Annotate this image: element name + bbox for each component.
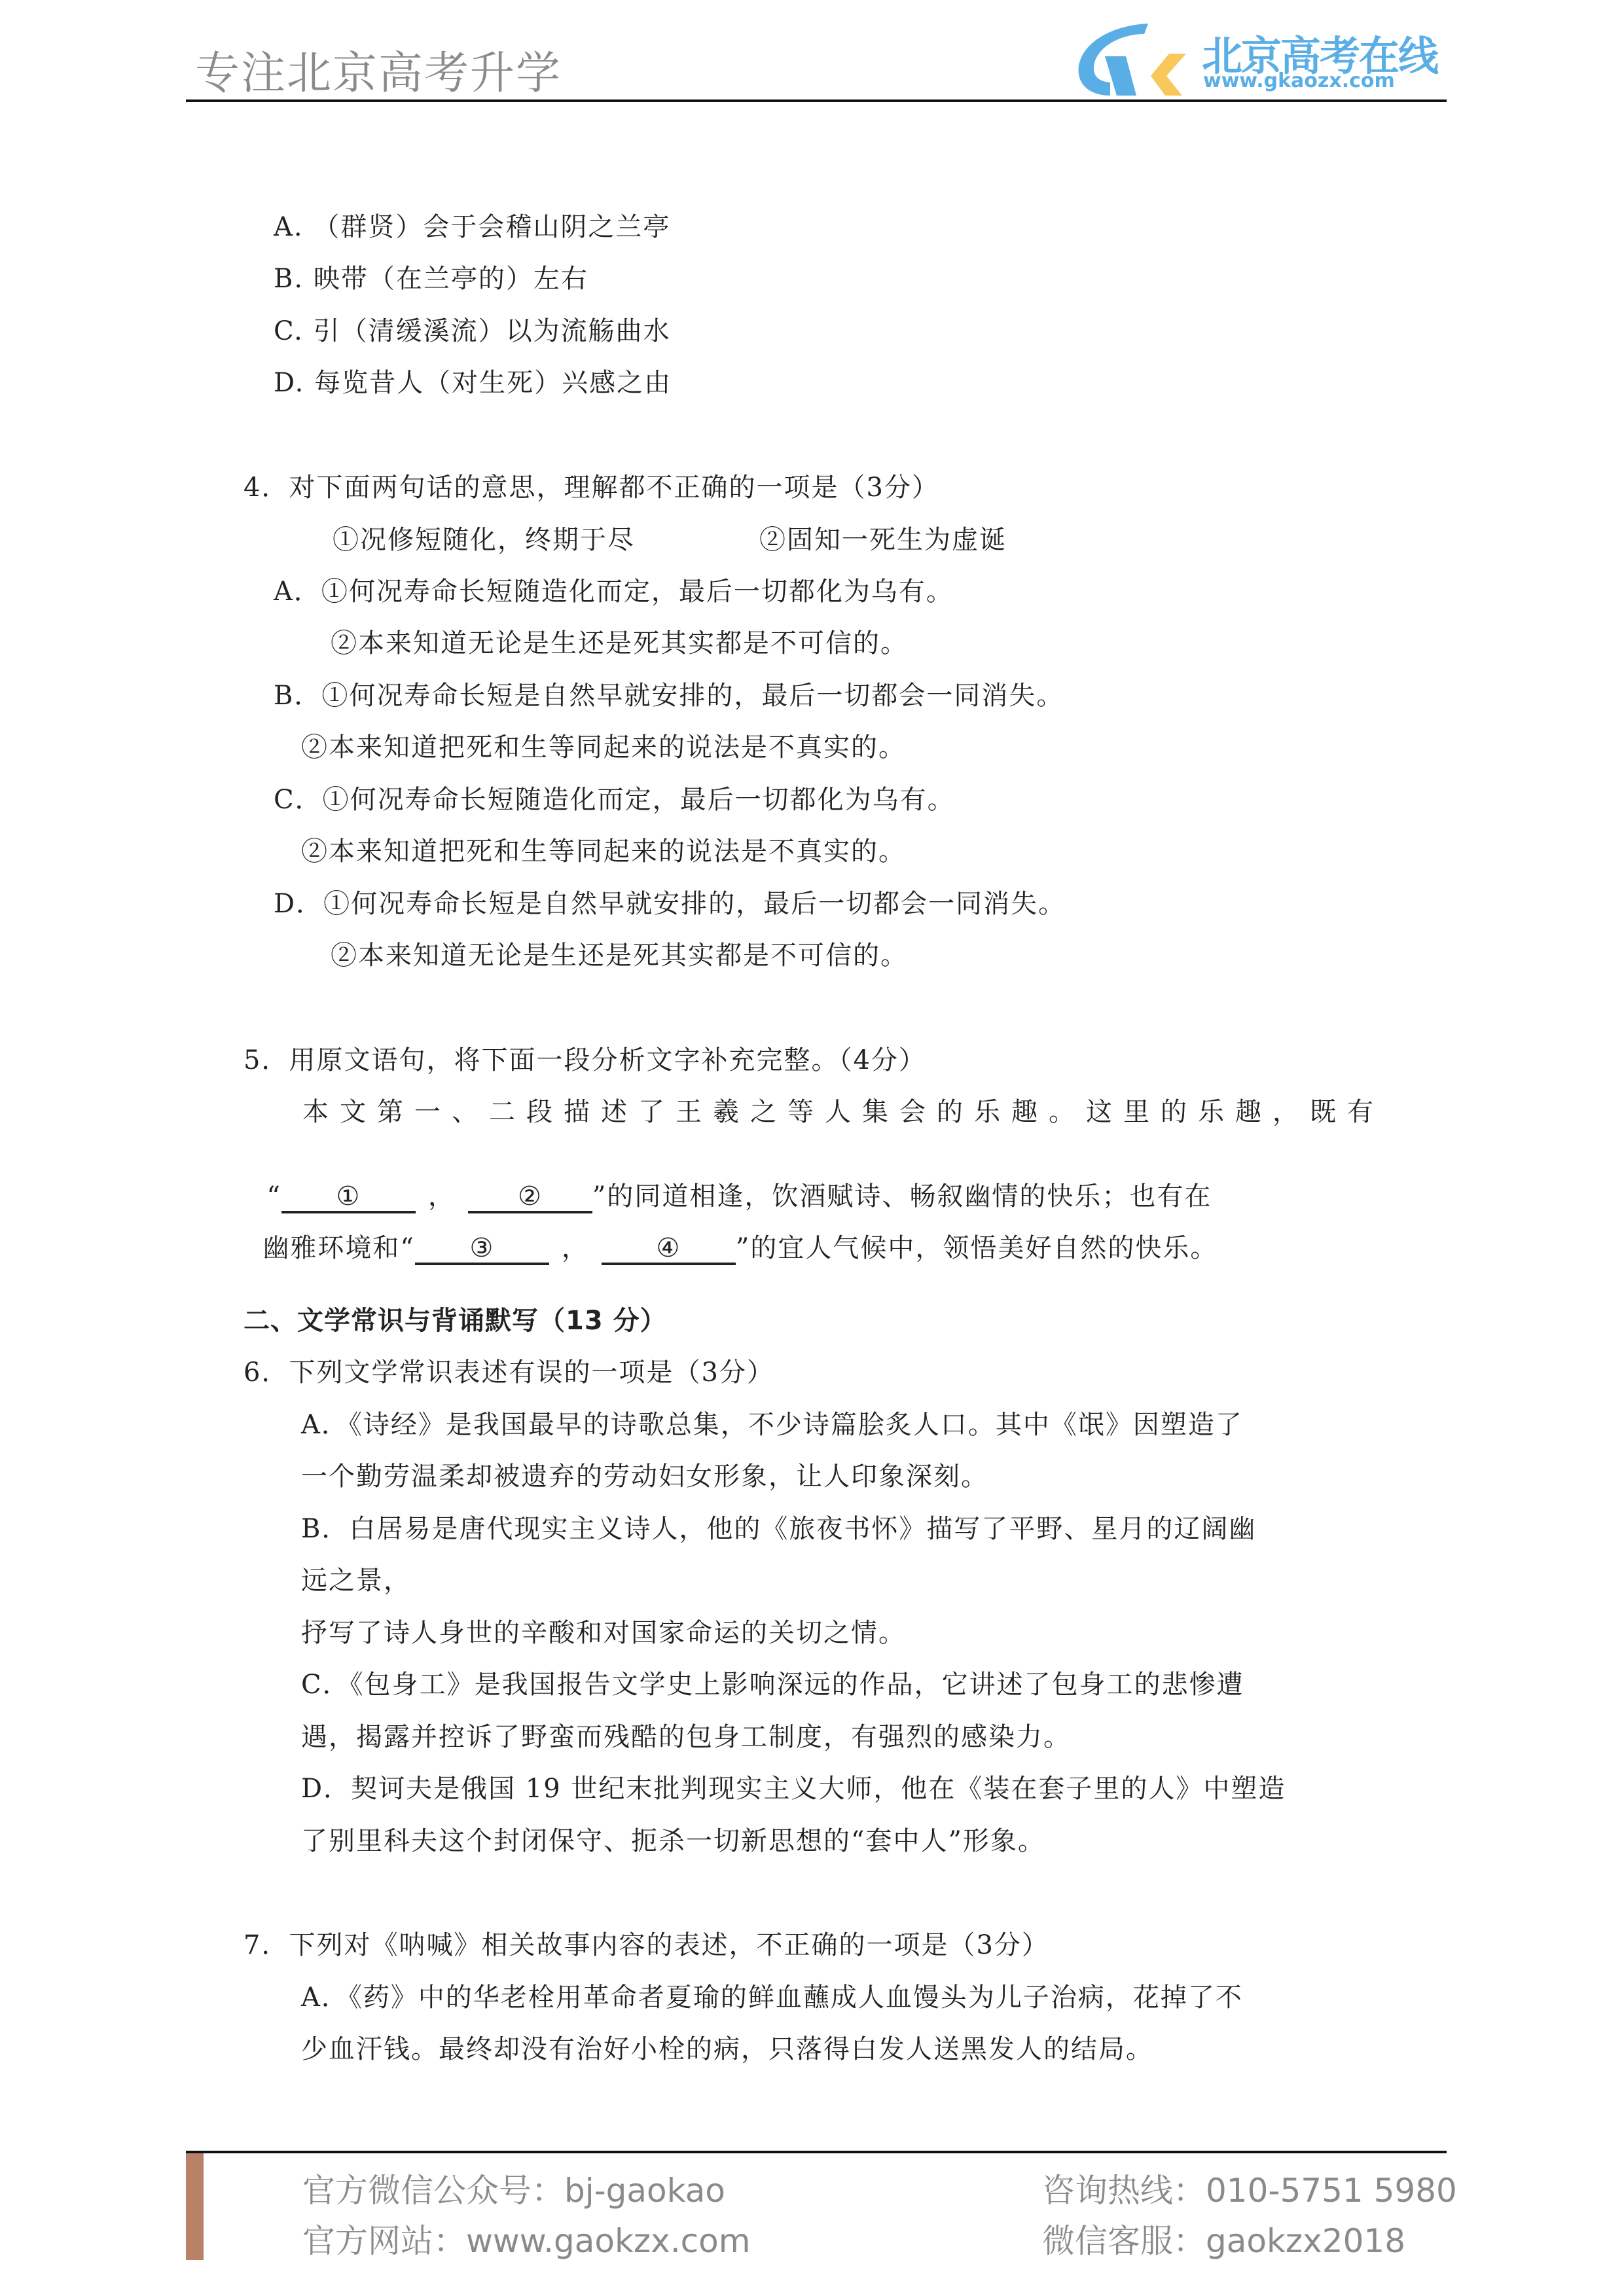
q3-option-b: B. 映带（在兰亭的）左右 xyxy=(274,262,588,295)
q6-stem: 6．下列文学常识表述有误的一项是（3分） xyxy=(244,1356,774,1389)
q4-option-b-line1: B．①何况寿命长短是自然早就安排的，最后一切都会一同消失。 xyxy=(274,679,1064,712)
q4-sentence-2: ②固知一死生为虚诞 xyxy=(759,524,1007,556)
q6-line: 一个勤劳温柔却被遗弃的劳动妇女形象，让人印象深刻。 xyxy=(301,1460,988,1493)
q4-option-a-line1: A．①何况寿命长短随造化而定，最后一切都化为乌有。 xyxy=(274,575,954,608)
q6-line: 遇，揭露并控诉了野蛮而残酷的包身工制度，有强烈的感染力。 xyxy=(301,1721,1071,1753)
footer-website[interactable]: 官方网站：www.gaokzx.com xyxy=(302,2215,750,2262)
q4-option-d-line1: D．①何况寿命长短是自然早就安排的，最后一切都会一同消失。 xyxy=(274,888,1066,920)
q4-option-b-line2: ②本来知道把死和生等同起来的说法是不真实的。 xyxy=(301,731,906,764)
gk-logo-icon xyxy=(1071,20,1195,98)
q4-option-c-line2: ②本来知道把死和生等同起来的说法是不真实的。 xyxy=(301,835,906,868)
q6-line: C．《包身工》是我国报告文学史上影响深远的作品，它讲述了包身工的悲惨遭 xyxy=(301,1668,1244,1701)
section-2-title: 二、文学常识与背诵默写（13 分） xyxy=(244,1304,667,1337)
answer-blank-4[interactable]: ④ xyxy=(602,1234,736,1265)
q4-sentence-1: ①况修短随化，终期于尽 xyxy=(333,524,635,556)
footer-wechat-official: 官方微信公众号：bj-gaokao xyxy=(302,2164,725,2212)
q5-stem: 5．用原文语句，将下面一段分析文字补充完整。（4分） xyxy=(244,1044,926,1077)
q6-line: B．白居易是唐代现实主义诗人，他的《旅夜书怀》描写了平野、星月的辽阔幽 xyxy=(301,1513,1256,1545)
footer-hotline: 咨询热线：010-5751 5980 xyxy=(1042,2164,1457,2212)
q6-line: A．《诗经》是我国最早的诗歌总集，不少诗篇脍炙人口。其中《氓》因塑造了 xyxy=(301,1408,1243,1441)
header-tagline: 专注北京高考升学 xyxy=(195,38,562,101)
q6-line: D．契诃夫是俄国 19 世纪末批判现实主义大师，他在《装在套子里的人》中塑造 xyxy=(301,1772,1286,1805)
site-logo[interactable]: 北京高考在线 www.gkaozx.com xyxy=(1071,20,1451,98)
header-divider xyxy=(186,99,1447,102)
q4-stem: 4．对下面两句话的意思，理解都不正确的一项是（3分） xyxy=(244,471,939,504)
q6-line: 了别里科夫这个封闭保守、扼杀一切新思想的“套中人”形象。 xyxy=(301,1825,1045,1857)
footer-wechat-service: 微信客服：gaokzx2018 xyxy=(1042,2215,1405,2262)
q5-paragraph-line3: 幽雅环境和“③，④”的宜人气候中，领悟美好自然的快乐。 xyxy=(244,1199,1218,1265)
q6-line: 远之景， xyxy=(301,1564,411,1597)
answer-blank-3[interactable]: ③ xyxy=(415,1234,549,1265)
q3-option-d: D. 每览昔人（对生死）兴感之由 xyxy=(274,367,672,399)
q5-paragraph-line1: 本文第一、二段描述了王羲之等人集会的乐趣。这里的乐趣，既有 xyxy=(302,1096,1384,1128)
footer-accent-bar xyxy=(186,2153,204,2260)
q4-option-c-line1: C．①何况寿命长短随造化而定，最后一切都化为乌有。 xyxy=(274,783,955,816)
q6-line: 抒写了诗人身世的辛酸和对国家命运的关切之情。 xyxy=(301,1617,906,1649)
q3-option-a: A. （群贤）会于会稽山阴之兰亭 xyxy=(274,211,670,243)
q3-option-c: C. 引（清缓溪流）以为流觞曲水 xyxy=(274,315,671,348)
logo-url: www.gkaozx.com xyxy=(1203,69,1395,92)
q4-option-a-line2: ②本来知道无论是生还是死其实都是不可信的。 xyxy=(331,627,908,660)
q7-stem: 7．下列对《呐喊》相关故事内容的表述，不正确的一项是（3分） xyxy=(244,1929,1049,1962)
footer-divider xyxy=(186,2151,1447,2153)
q4-option-d-line2: ②本来知道无论是生还是死其实都是不可信的。 xyxy=(331,939,908,972)
q7-line: A．《药》中的华老栓用革命者夏瑜的鲜血蘸成人血馒头为儿子治病，花掉了不 xyxy=(301,1981,1243,2014)
q7-line: 少血汗钱。最终却没有治好小栓的病，只落得白发人送黑发人的结局。 xyxy=(301,2033,1153,2066)
